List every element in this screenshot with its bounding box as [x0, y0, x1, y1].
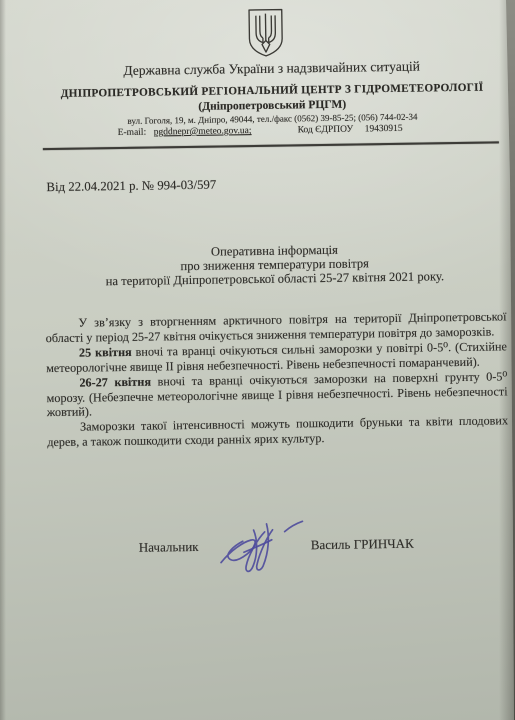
document-body: У зв’язку з вторгненням арктичного повіт…: [45, 309, 508, 450]
paragraph-text: Заморозки такої інтенсивності можуть пош…: [47, 414, 508, 450]
paragraph-lead: 25 квітня: [79, 345, 132, 360]
paragraph-damage-warning: Заморозки такої інтенсивності можуть пош…: [47, 414, 508, 451]
ukraine-trident-emblem-icon: [246, 8, 286, 59]
reference-number: Від 22.04.2021 р. № 994-03/597: [46, 178, 216, 196]
document-title: Оперативна інформація про зниження темпе…: [44, 240, 505, 289]
handwritten-signature: [208, 509, 314, 579]
email-address: pgddnepr@meteo.gov.ua;: [154, 126, 252, 137]
edrpou-code: 19430915: [365, 124, 403, 135]
document-content: Державна служба України з надзвичайних с…: [0, 0, 515, 720]
document-photo: Державна служба України з надзвичайних с…: [0, 0, 515, 720]
paragraph-lead: 26-27 квітня: [79, 374, 151, 389]
header-divider: [43, 141, 499, 150]
document-paper: Державна служба України з надзвичайних с…: [0, 0, 515, 720]
signatory-name: Василь ГРИНЧАК: [311, 536, 414, 554]
edrpou-label: Код ЄДРПОУ: [298, 125, 354, 136]
paragraph-april-26-27: 26-27 квітня вночі та вранці очікуються …: [46, 369, 508, 421]
agency-name: Державна служба України з надзвичайних с…: [42, 57, 502, 80]
email-label: E-mail:: [118, 128, 147, 138]
signatory-position: Начальник: [139, 539, 199, 556]
